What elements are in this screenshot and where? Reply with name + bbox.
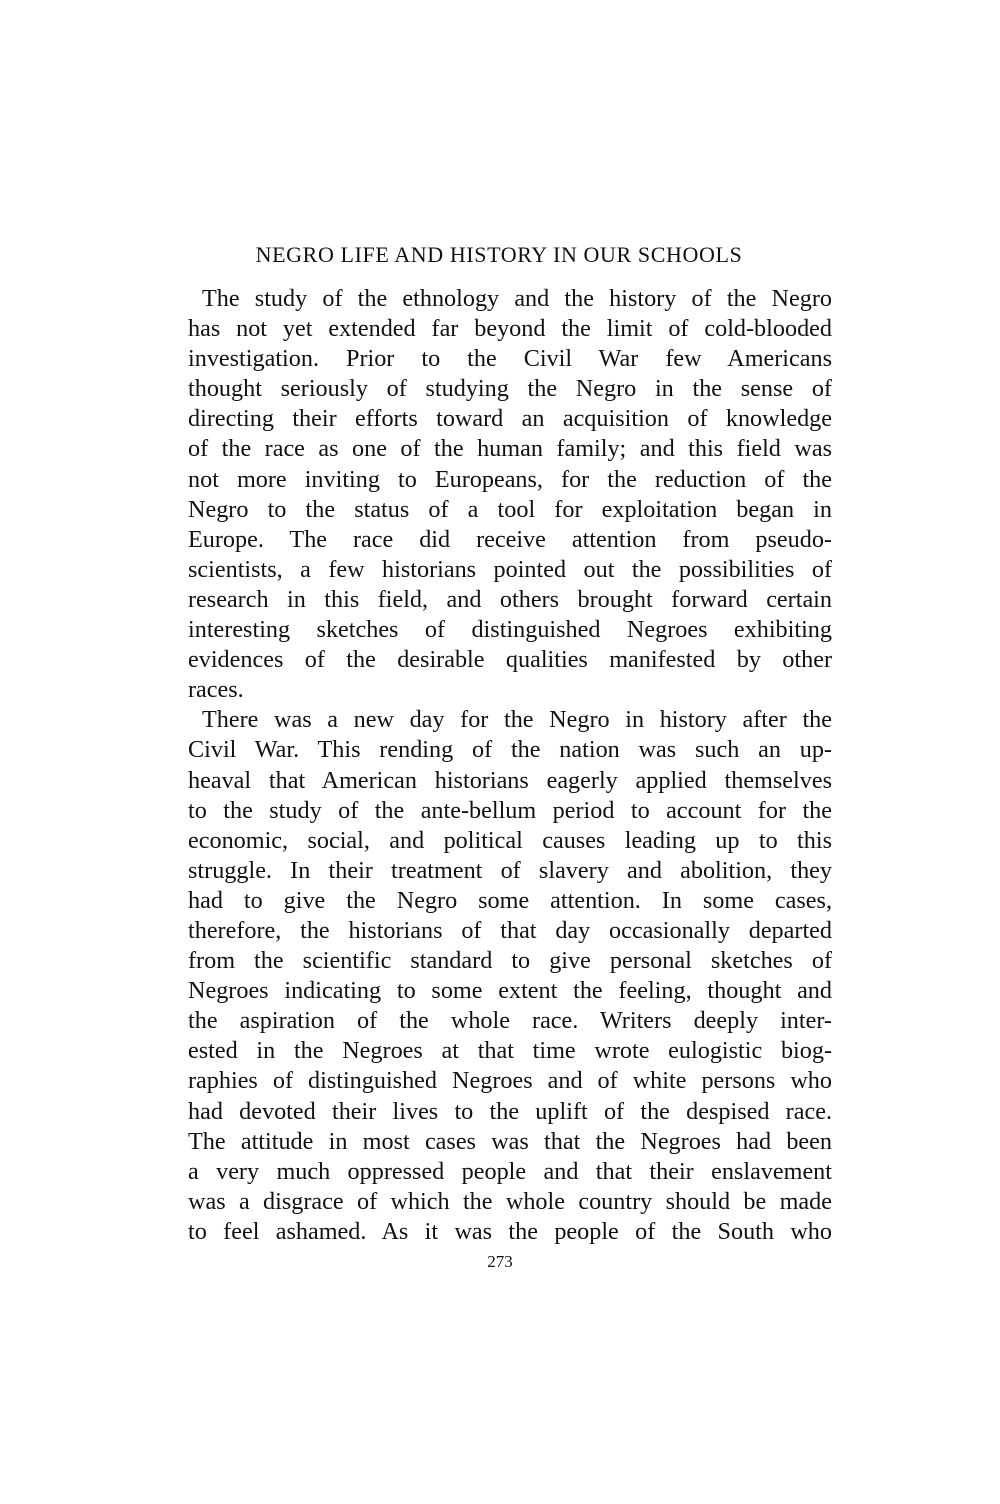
text-line: Civil War. This rending of the nation wa…: [188, 735, 832, 765]
paragraph-2: There was a new day for the Negro in his…: [188, 705, 832, 1247]
paragraph-1: The study of the ethnology and the histo…: [188, 284, 832, 705]
text-line: heaval that American historians eagerly …: [188, 766, 832, 796]
text-line: has not yet extended far beyond the limi…: [188, 314, 832, 344]
text-line: directing their efforts toward an acquis…: [188, 404, 832, 434]
text-line: scientists, a few historians pointed out…: [188, 555, 832, 585]
text-line: struggle. In their treatment of slavery …: [188, 856, 832, 886]
text-line: interesting sketches of distinguished Ne…: [188, 615, 832, 645]
text-line: to feel ashamed. As it was the people of…: [188, 1217, 832, 1247]
page-number: 273: [0, 1250, 1000, 1274]
text-line: Negro to the status of a tool for exploi…: [188, 495, 832, 525]
text-line: The study of the ethnology and the histo…: [188, 284, 832, 314]
text-line: races.: [188, 675, 832, 705]
text-line: economic, social, and political causes l…: [188, 826, 832, 856]
text-line: of the race as one of the human family; …: [188, 434, 832, 464]
text-line: raphies of distinguished Negroes and of …: [188, 1066, 832, 1096]
text-line: was a disgrace of which the whole countr…: [188, 1187, 832, 1217]
text-line: to the study of the ante-bellum period t…: [188, 796, 832, 826]
text-line: Negroes indicating to some extent the fe…: [188, 976, 832, 1006]
body-text: The study of the ethnology and the histo…: [188, 284, 832, 1247]
text-line: had devoted their lives to the uplift of…: [188, 1097, 832, 1127]
text-line: investigation. Prior to the Civil War fe…: [188, 344, 832, 374]
text-line: not more inviting to Europeans, for the …: [188, 465, 832, 495]
text-line: evidences of the desirable qualities man…: [188, 645, 832, 675]
text-line: ested in the Negroes at that time wrote …: [188, 1036, 832, 1066]
text-line: research in this field, and others broug…: [188, 585, 832, 615]
text-line: There was a new day for the Negro in his…: [188, 705, 832, 735]
text-line: the aspiration of the whole race. Writer…: [188, 1006, 832, 1036]
text-line: from the scientific standard to give per…: [188, 946, 832, 976]
text-line: thought seriously of studying the Negro …: [188, 374, 832, 404]
text-line: The attitude in most cases was that the …: [188, 1127, 832, 1157]
chapter-title: NEGRO LIFE AND HISTORY IN OUR SCHOOLS: [188, 240, 810, 270]
text-line: Europe. The race did receive attention f…: [188, 525, 832, 555]
document-page: NEGRO LIFE AND HISTORY IN OUR SCHOOLS Th…: [0, 0, 1000, 1504]
text-line: a very much oppressed people and that th…: [188, 1157, 832, 1187]
text-line: therefore, the historians of that day oc…: [188, 916, 832, 946]
text-line: had to give the Negro some attention. In…: [188, 886, 832, 916]
